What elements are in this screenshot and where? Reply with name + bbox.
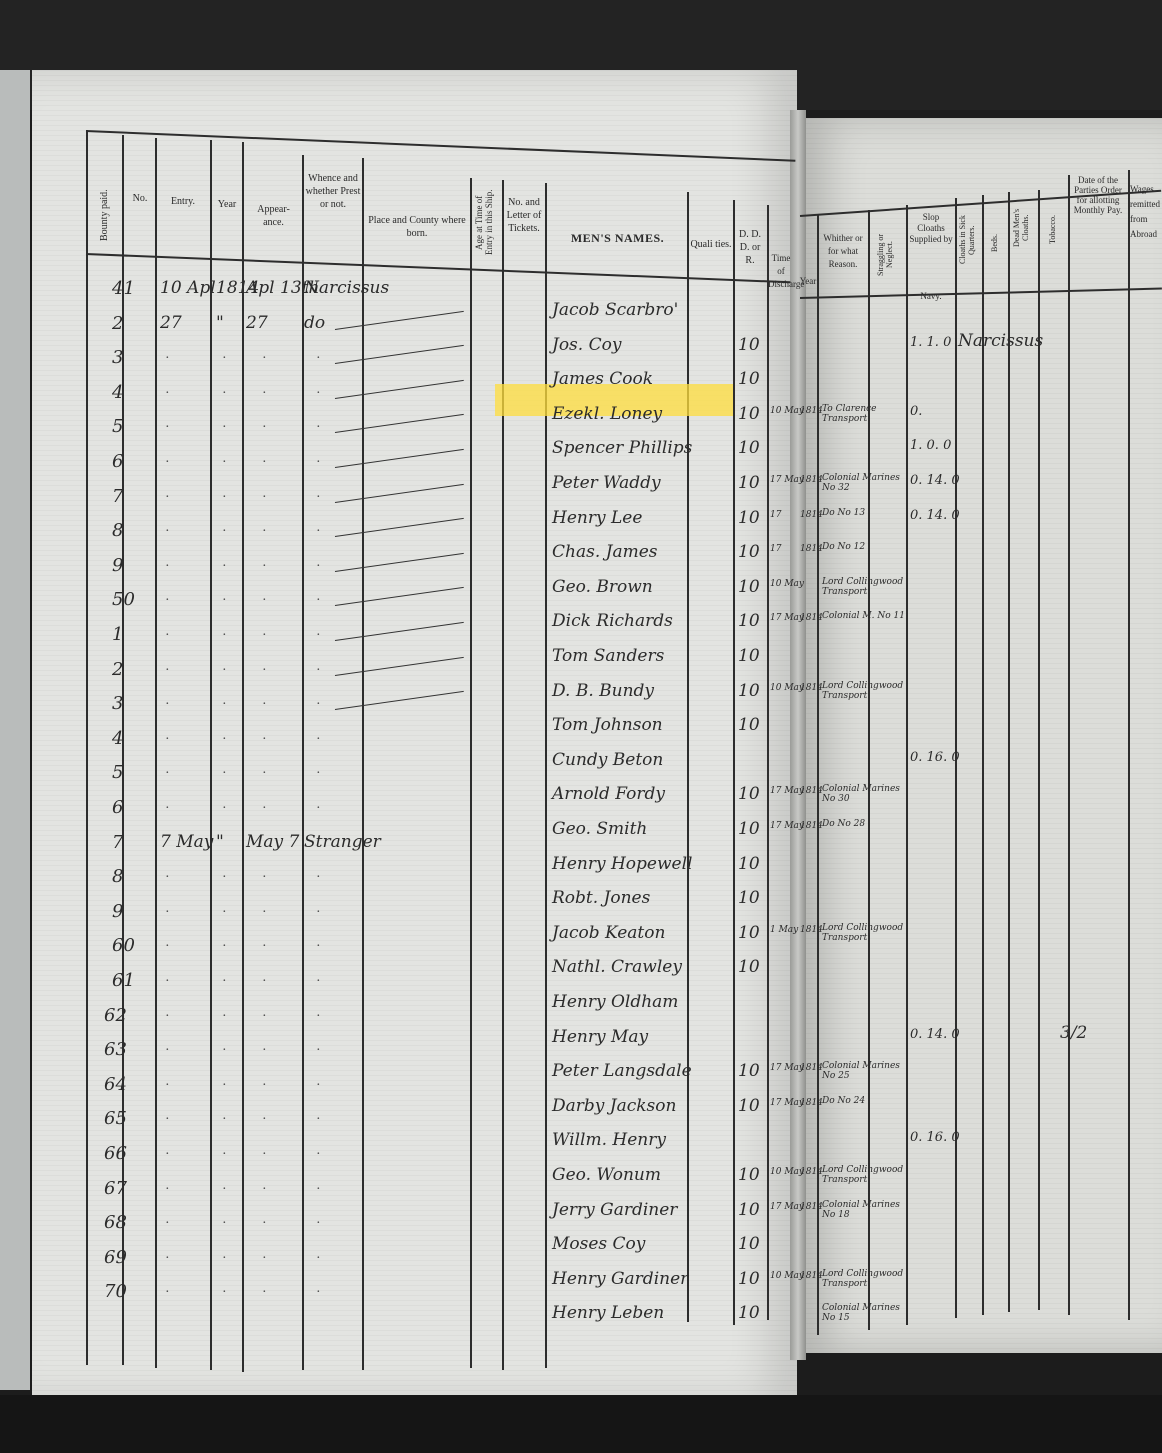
discharge-time: 17 May [770,1098,804,1108]
ditto-mark: · [222,905,227,921]
ddr-value: 10 [738,1165,760,1185]
row-number: 41 [112,278,135,299]
ditto-mark: · [262,1043,267,1059]
entry-date: 7 May [160,832,213,852]
mens-name: Geo. Wonum [552,1165,661,1185]
ditto-mark: · [316,1009,321,1025]
discharge-year: 1814 [800,1271,823,1281]
discharge-reason: Do No 12 [822,542,906,552]
ddr-value: 10 [738,508,760,528]
ditto-mark: · [165,905,170,921]
ddr-value: 10 [738,1061,760,1081]
ditto-mark: · [262,766,267,782]
note: Narcissus [958,331,1043,351]
ddr-value: 10 [738,888,760,908]
ditto-mark: · [316,420,321,436]
mens-name: Henry Hopewell [552,854,692,874]
ddr-value: 10 [738,1303,760,1323]
ditto-mark: · [222,628,227,644]
note: 3/2 [1060,1023,1087,1043]
slop-cloaths-value: 0. 14. 0 [910,508,960,523]
ddr-value: 10 [738,646,760,666]
ditto-mark: · [262,593,267,609]
ditto-mark: · [165,1216,170,1232]
ddr-value: 10 [738,1200,760,1220]
ditto-mark: · [262,524,267,540]
row-number: 66 [104,1143,127,1164]
mens-name: Spencer Phillips [552,438,692,458]
ditto-mark: · [165,1285,170,1301]
slop-cloaths-value: 0. 16. 0 [910,1130,960,1145]
mens-name: Henry May [552,1027,648,1047]
discharge-time: 17 May [770,821,804,831]
row-number: 65 [104,1108,127,1129]
mens-name: Tom Sanders [552,646,664,666]
ditto-mark: · [222,1112,227,1128]
discharge-year: 1814 [800,613,823,623]
header-no: No. [126,192,154,205]
discharge-year: 1814 [800,475,823,485]
ditto-mark: · [316,1043,321,1059]
discharge-year: 1814 [800,406,823,416]
left-page [32,70,797,1400]
slop-cloaths-value: 0. 16. 0 [910,750,960,765]
discharge-time: 17 May [770,475,804,485]
slop-cloaths-value: 1. 1. 0 [910,335,951,350]
ditto-mark: · [316,1285,321,1301]
ditto-mark: · [222,1182,227,1198]
ditto-mark: · [222,1285,227,1301]
ditto-mark: · [165,524,170,540]
mens-name: Henry Leben [552,1303,664,1323]
mens-name: Dick Richards [552,611,673,631]
discharge-reason: Do No 28 [822,819,906,829]
ditto-mark: · [165,351,170,367]
column-rule [982,195,984,1315]
column-rule [155,138,157,1368]
header-entry: Entry. [158,195,208,208]
ditto-mark: · [165,732,170,748]
column-rule [1128,170,1130,1320]
ditto-mark: · [222,1009,227,1025]
header-appearance: Appear- ance. [246,203,301,229]
ditto-mark: · [222,801,227,817]
row-number: 63 [104,1039,127,1060]
discharge-year: 1814 [800,786,823,796]
ditto-mark: · [262,905,267,921]
ddr-value: 10 [738,473,760,493]
ddr-value: 10 [738,854,760,874]
ditto-mark: · [165,870,170,886]
ditto-mark: · [222,870,227,886]
appearance-date: 27 [246,313,268,333]
mens-name: Henry Gardiner [552,1269,688,1289]
ditto-mark: · [222,663,227,679]
ditto-mark: · [222,559,227,575]
row-number: 5 [112,762,123,783]
entry-date: 10 Apl [160,278,216,298]
ditto-mark: · [262,801,267,817]
ditto-mark: · [316,593,321,609]
mens-name: Peter Langsdale [552,1061,692,1081]
ditto-mark: · [262,1147,267,1163]
header-age-at-entry: Age at Time of Entry in this Ship. [474,185,494,260]
discharge-reason: Colonial Marines No 30 [822,784,906,804]
row-number: 9 [112,901,123,922]
mens-name: D. B. Bundy [552,681,654,701]
mens-name: Tom Johnson [552,715,663,735]
ditto-mark: · [316,455,321,471]
ditto-mark: · [165,593,170,609]
header-sick-quarters: Cloaths in Sick Quarters. [958,205,976,275]
ditto-mark: · [262,1216,267,1232]
ditto-mark: · [165,420,170,436]
row-number: 8 [112,520,123,541]
mens-name: Willm. Henry [552,1130,666,1150]
header-year-right: Year [798,275,818,288]
ddr-value: 10 [738,784,760,804]
whence-from: Narcissus [304,278,389,298]
row-number: 1 [112,624,123,645]
ditto-mark: · [222,351,227,367]
ditto-mark: · [262,628,267,644]
mens-name: Jacob Keaton [552,923,665,943]
row-number: 61 [112,970,135,991]
ditto-mark: · [316,1112,321,1128]
row-number: 7 [112,832,123,853]
discharge-year: 1814 [800,1063,823,1073]
ditto-mark: · [262,559,267,575]
discharge-reason: Colonial Marines No 32 [822,473,906,493]
ditto-mark: · [222,1251,227,1267]
ditto-mark: · [262,697,267,713]
row-number: 50 [112,589,135,610]
mens-name: Ezekl. Loney [552,404,662,424]
ditto-mark: · [165,974,170,990]
ddr-value: 10 [738,923,760,943]
mens-name: Cundy Beton [552,750,663,770]
discharge-time: 17 [770,544,781,554]
column-rule [86,130,88,1365]
whence-from: do [304,313,325,333]
discharge-reason: To Clarence Transport [822,404,906,424]
ditto-mark: · [316,905,321,921]
discharge-time: 17 [770,510,781,520]
ditto-mark: · [262,1285,267,1301]
header-beds: Beds. [988,228,1001,258]
ditto-mark: · [316,490,321,506]
ditto-mark: · [262,1251,267,1267]
header-slop-navy: Navy. [908,290,954,303]
discharge-reason: Lord Collingwood Transport [822,681,906,701]
column-rule [1068,175,1070,1315]
column-rule [868,210,870,1330]
entry-year: " [216,313,224,333]
ditto-mark: · [262,1009,267,1025]
row-number: 2 [112,313,123,334]
ditto-mark: · [222,524,227,540]
appearance-date: May 7 [246,832,299,852]
ditto-mark: · [165,490,170,506]
ddr-value: 10 [738,611,760,631]
ditto-mark: · [222,939,227,955]
ditto-mark: · [262,490,267,506]
column-rule [733,200,735,1325]
column-rule [906,205,908,1325]
ditto-mark: · [316,801,321,817]
column-rule [470,178,472,1368]
ditto-mark: · [165,1182,170,1198]
ditto-mark: · [316,559,321,575]
slop-cloaths-value: 0. 14. 0 [910,473,960,488]
book-cover-edge [0,70,30,1390]
ditto-mark: · [165,455,170,471]
ditto-mark: · [165,1251,170,1267]
row-number: 3 [112,347,123,368]
discharge-year: 1814 [800,1098,823,1108]
ditto-mark: · [165,801,170,817]
row-number: 4 [112,382,123,403]
entry-date: 27 [160,313,182,333]
discharge-year: 1814 [800,510,823,520]
ditto-mark: · [165,386,170,402]
column-rule [502,180,504,1370]
discharge-reason: Lord Collingwood Transport [822,1165,906,1185]
ditto-mark: · [262,420,267,436]
ditto-mark: · [262,974,267,990]
discharge-reason: Colonial Marines No 25 [822,1061,906,1081]
mens-name: Chas. James [552,542,657,562]
discharge-reason: Colonial Marines No 18 [822,1200,906,1220]
ddr-value: 10 [738,1269,760,1289]
row-number: 69 [104,1247,127,1268]
ditto-mark: · [262,732,267,748]
row-number: 68 [104,1212,127,1233]
ditto-mark: · [316,628,321,644]
ditto-mark: · [316,351,321,367]
column-rule [362,158,364,1370]
ditto-mark: · [165,1009,170,1025]
ditto-mark: · [165,663,170,679]
ditto-mark: · [222,420,227,436]
ditto-mark: · [165,697,170,713]
row-number: 67 [104,1178,127,1199]
ditto-mark: · [222,697,227,713]
mens-name: Robt. Jones [552,888,650,908]
ddr-value: 10 [738,404,760,424]
mens-name: Jacob Scarbro' [552,300,678,320]
header-dead-mens-cloaths: Dead Men's Cloaths. [1012,198,1030,258]
discharge-time: 17 May [770,1063,804,1073]
row-number: 7 [112,486,123,507]
ditto-mark: · [165,766,170,782]
discharge-time: 17 May [770,613,804,623]
mens-name: Henry Oldham [552,992,678,1012]
ddr-value: 10 [738,335,760,355]
ditto-mark: · [316,1147,321,1163]
ditto-mark: · [316,732,321,748]
ditto-mark: · [222,1216,227,1232]
ditto-mark: · [262,1112,267,1128]
row-number: 6 [112,451,123,472]
mens-name: Geo. Smith [552,819,647,839]
header-tobacco: Tobacco. [1046,205,1059,255]
ditto-mark: · [316,974,321,990]
header-slop-cloaths: Slop Cloaths Supplied by [908,212,954,245]
column-rule [1008,192,1010,1312]
header-ddr: D. D. D. or R. [735,228,765,267]
mens-name: Peter Waddy [552,473,661,493]
row-number: 8 [112,866,123,887]
ditto-mark: · [262,455,267,471]
ditto-mark: · [316,939,321,955]
ddr-value: 10 [738,957,760,977]
discharge-time: 17 May [770,1202,804,1212]
discharge-reason: Lord Collingwood Transport [822,577,906,597]
ditto-mark: · [222,766,227,782]
ditto-mark: · [262,386,267,402]
column-rule [687,192,689,1322]
discharge-reason: Do No 13 [822,508,906,518]
ddr-value: 10 [738,1096,760,1116]
ditto-mark: · [262,1182,267,1198]
ditto-mark: · [316,697,321,713]
row-number: 70 [104,1281,127,1302]
ditto-mark: · [316,386,321,402]
ditto-mark: · [316,870,321,886]
ddr-value: 10 [738,1234,760,1254]
slop-cloaths-value: 0. [910,404,922,419]
ditto-mark: · [316,1251,321,1267]
row-number: 4 [112,728,123,749]
entry-year: " [216,832,224,852]
header-whither-reason: Whither or for what Reason. [819,232,867,271]
ditto-mark: · [222,490,227,506]
row-number: 3 [112,693,123,714]
discharge-reason: Lord Collingwood Transport [822,923,906,943]
header-straggling: Straggling or Neglect. [876,225,894,285]
mens-name: Jerry Gardiner [552,1200,677,1220]
row-number: 6 [112,797,123,818]
header-bounty-paid: Bounty paid. [98,180,111,250]
column-rule [302,155,304,1370]
slop-cloaths-value: 1. 0. 0 [910,438,951,453]
ditto-mark: · [262,870,267,886]
ditto-mark: · [316,1078,321,1094]
row-number: 62 [104,1005,127,1026]
ditto-mark: · [222,974,227,990]
discharge-time: 1 May [770,925,798,935]
mens-name: Henry Lee [552,508,642,528]
column-rule [545,183,547,1368]
ddr-value: 10 [738,577,760,597]
ddr-value: 10 [738,681,760,701]
discharge-year: 1814 [800,821,823,831]
column-rule [767,205,769,1320]
row-number: 5 [112,416,123,437]
ddr-value: 10 [738,819,760,839]
row-number: 9 [112,555,123,576]
header-allotting-pay: Date of the Parties Order for allotting … [1070,175,1126,215]
ddr-value: 10 [738,438,760,458]
mens-name: Darby Jackson [552,1096,676,1116]
discharge-time: 10 May [770,579,804,589]
header-time-discharge: Time of Discharge [768,252,794,291]
ditto-mark: · [165,1078,170,1094]
dark-background-bottom [0,1395,1162,1453]
ditto-mark: · [316,1216,321,1232]
header-year: Year [212,198,242,211]
header-wages-remitted: Wages remitted from Abroad [1130,182,1162,242]
ditto-mark: · [222,455,227,471]
row-number: 60 [112,935,135,956]
column-rule [1038,190,1040,1310]
discharge-time: 10 May [770,406,804,416]
ditto-mark: · [316,663,321,679]
discharge-year: 1814 [800,925,823,935]
ditto-mark: · [262,939,267,955]
discharge-year: 1814 [800,544,823,554]
header-qualities: Quali ties. [690,238,732,251]
ddr-value: 10 [738,542,760,562]
ditto-mark: · [262,351,267,367]
slop-cloaths-value: 0. 14. 0 [910,1027,960,1042]
mens-name: James Cook [552,369,653,389]
ddr-value: 10 [738,715,760,735]
discharge-time: 10 May [770,683,804,693]
header-whence-prest: Whence and whether Prest or not. [305,172,361,211]
ditto-mark: · [222,1078,227,1094]
ditto-mark: · [165,1112,170,1128]
discharge-year: 1814 [800,683,823,693]
header-mens-names: MEN'S NAMES. [550,232,685,245]
ditto-mark: · [316,766,321,782]
ditto-mark: · [165,939,170,955]
discharge-time: 10 May [770,1167,804,1177]
header-tickets: No. and Letter of Tickets. [505,196,543,235]
ditto-mark: · [262,663,267,679]
ddr-value: 10 [738,369,760,389]
header-place-born: Place and County where born. [366,214,468,240]
ditto-mark: · [222,386,227,402]
mens-name: Arnold Fordy [552,784,665,804]
column-rule [210,140,212,1370]
mens-name: Geo. Brown [552,577,653,597]
ditto-mark: · [262,1078,267,1094]
discharge-time: 10 May [770,1271,804,1281]
ditto-mark: · [165,628,170,644]
column-rule [242,142,244,1372]
ditto-mark: · [165,1147,170,1163]
whence-from: Stranger [304,832,381,852]
discharge-reason: Colonial Marines No 15 [822,1303,906,1323]
ditto-mark: · [165,559,170,575]
row-number: 2 [112,659,123,680]
discharge-reason: Do No 24 [822,1096,906,1106]
ditto-mark: · [316,524,321,540]
discharge-time: 17 May [770,786,804,796]
ditto-mark: · [165,1043,170,1059]
row-number: 64 [104,1074,127,1095]
ditto-mark: · [222,1147,227,1163]
discharge-reason: Colonial M. No 11 [822,611,906,621]
mens-name: Nathl. Crawley [552,957,682,977]
ditto-mark: · [222,593,227,609]
discharge-reason: Lord Collingwood Transport [822,1269,906,1289]
ditto-mark: · [316,1182,321,1198]
discharge-year: 1814 [800,1167,823,1177]
mens-name: Moses Coy [552,1234,645,1254]
